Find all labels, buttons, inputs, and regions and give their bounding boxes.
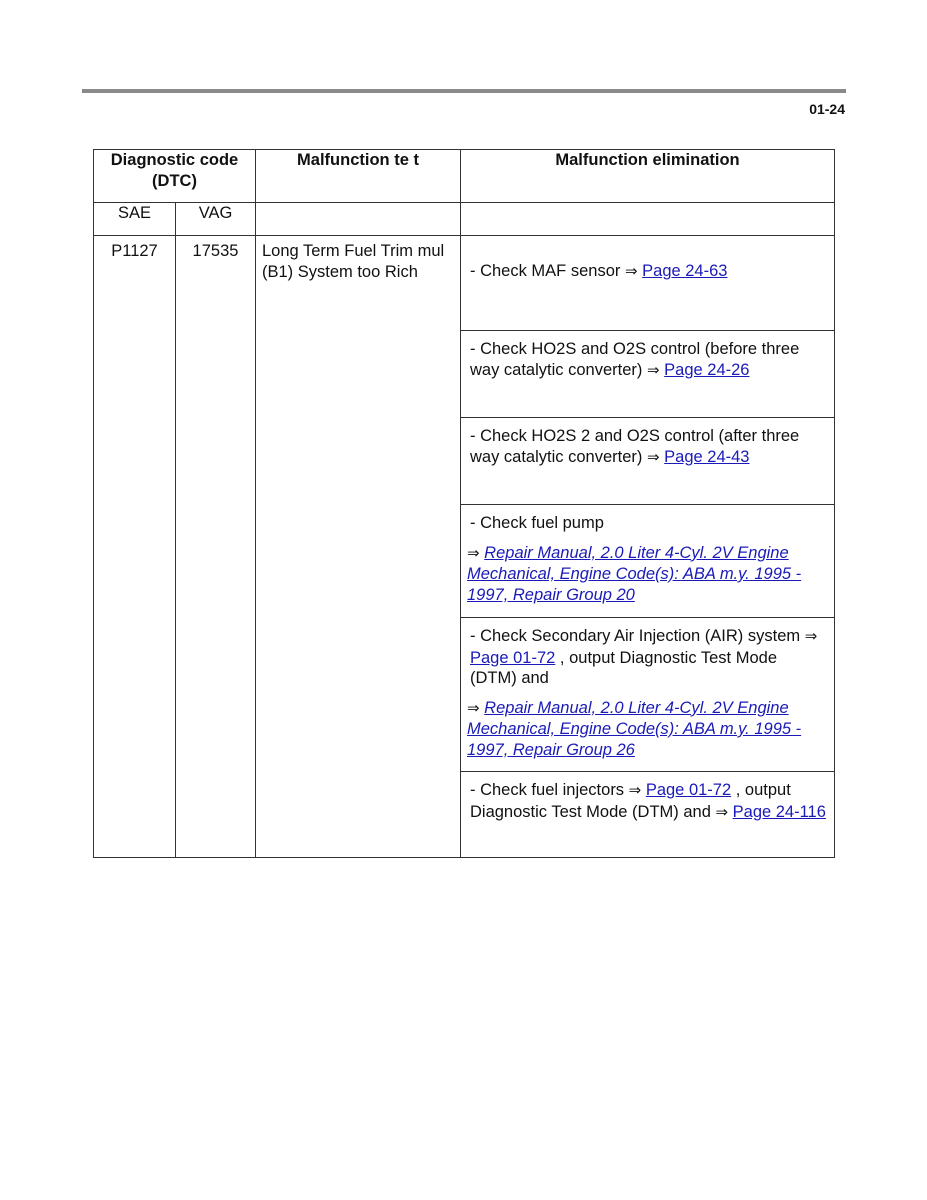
vag-code: 17535 [176, 236, 256, 858]
arrow-icon: ⇒ [629, 782, 642, 799]
page-link[interactable]: Page 01-72 [646, 781, 731, 799]
arrow-icon: ⇒ [715, 804, 728, 821]
header-malfunction-text: Malfunction te t [256, 150, 461, 203]
page-link[interactable]: Page 01-72 [470, 649, 555, 667]
header-vag: VAG [176, 203, 256, 236]
sae-code: P1127 [94, 236, 176, 858]
malfunction-text: Long Term Fuel Trim mul (B1) System too … [256, 236, 461, 858]
elimination-step: - Check fuel pump ⇒ Repair Manual, 2.0 L… [461, 505, 835, 618]
arrow-icon: ⇒ [647, 362, 660, 379]
elimination-step: - Check HO2S and O2S control (before thr… [461, 331, 835, 418]
elimination-step: - Check fuel injectors ⇒ Page 01-72 , ou… [461, 772, 835, 858]
arrow-icon: ⇒ [467, 700, 480, 717]
header-empty [256, 203, 461, 236]
elimination-step: - Check MAF sensor ⇒ Page 24-63 [461, 236, 835, 331]
header-empty [461, 203, 835, 236]
header-sae: SAE [94, 203, 176, 236]
arrow-icon: ⇒ [625, 263, 638, 280]
page-link[interactable]: Page 24-26 [664, 361, 749, 379]
arrow-icon: ⇒ [805, 628, 818, 645]
page-link[interactable]: Page 24-63 [642, 262, 727, 280]
page-link[interactable]: Page 24-43 [664, 448, 749, 466]
elimination-step: - Check HO2S 2 and O2S control (after th… [461, 418, 835, 505]
arrow-icon: ⇒ [467, 545, 480, 562]
page-number: 01-24 [809, 101, 845, 117]
header-malfunction-elimination: Malfunction elimination [461, 150, 835, 203]
repair-manual-link[interactable]: Repair Manual, 2.0 Liter 4-Cyl. 2V Engin… [467, 544, 801, 604]
arrow-icon: ⇒ [647, 449, 660, 466]
header-dtc: Diagnostic code (DTC) [94, 150, 256, 203]
header-rule [82, 89, 846, 93]
dtc-table: Diagnostic code (DTC) Malfunction te t M… [93, 149, 835, 858]
elimination-step: - Check Secondary Air Injection (AIR) sy… [461, 618, 835, 772]
page-link[interactable]: Page 24-116 [733, 803, 826, 821]
repair-manual-link[interactable]: Repair Manual, 2.0 Liter 4-Cyl. 2V Engin… [467, 699, 801, 759]
